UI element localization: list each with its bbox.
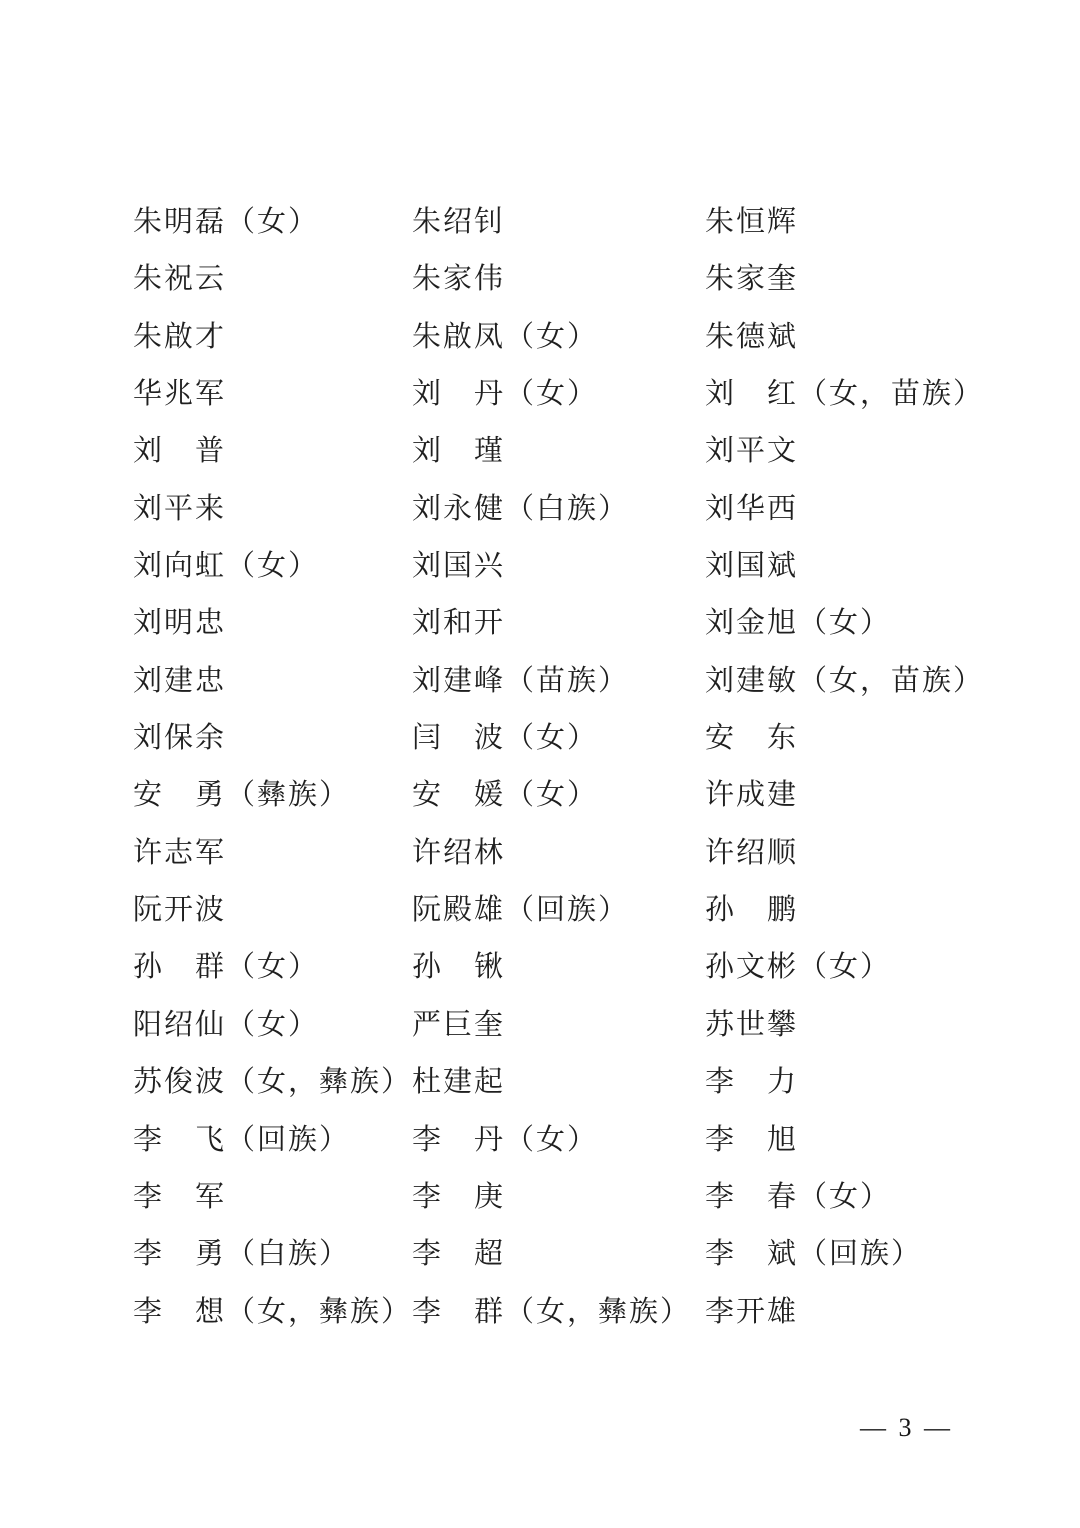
name-row: 华兆军 刘 丹（女） 刘 红（女，苗族）	[133, 366, 1053, 423]
name-entry: 朱啟才	[133, 309, 412, 366]
name-entry: 安 媛（女）	[412, 767, 705, 824]
name-entry: 李 想（女，彝族）	[133, 1284, 412, 1341]
name-entry: 许绍顺	[705, 825, 1053, 882]
name-entry: 严巨奎	[412, 997, 705, 1054]
name-entry: 李 勇（白族）	[133, 1226, 412, 1283]
name-entry: 李 庚	[412, 1169, 705, 1226]
name-entry: 李 力	[705, 1054, 1053, 1111]
name-entry: 李 军	[133, 1169, 412, 1226]
name-row: 李 勇（白族） 李 超 李 斌（回族）	[133, 1226, 1053, 1283]
name-entry: 安 勇（彝族）	[133, 767, 412, 824]
name-entry: 李 丹（女）	[412, 1112, 705, 1169]
name-entry: 刘保余	[133, 710, 412, 767]
name-entry: 朱恒辉	[705, 194, 1053, 251]
name-entry: 刘永健（白族）	[412, 481, 705, 538]
name-entry: 李开雄	[705, 1284, 1053, 1341]
name-entry: 李 旭	[705, 1112, 1053, 1169]
name-entry: 刘华西	[705, 481, 1053, 538]
name-entry: 华兆军	[133, 366, 412, 423]
name-row: 孙 群（女） 孙 锹 孙文彬（女）	[133, 939, 1053, 996]
name-row: 李 想（女，彝族） 李 群（女，彝族） 李开雄	[133, 1284, 1053, 1341]
name-entry: 刘建忠	[133, 653, 412, 710]
name-entry: 安 东	[705, 710, 1053, 767]
name-entry: 孙 群（女）	[133, 939, 412, 996]
name-row: 刘向虹（女） 刘国兴 刘国斌	[133, 538, 1053, 595]
name-row: 朱明磊（女） 朱绍钊 朱恒辉	[133, 194, 1053, 251]
name-entry: 刘建峰（苗族）	[412, 653, 705, 710]
name-row: 刘保余 闫 波（女） 安 东	[133, 710, 1053, 767]
name-row: 阳绍仙（女） 严巨奎 苏世攀	[133, 997, 1053, 1054]
name-entry: 许成建	[705, 767, 1053, 824]
name-row: 李 飞（回族） 李 丹（女） 李 旭	[133, 1112, 1053, 1169]
name-entry: 朱家奎	[705, 251, 1053, 308]
name-entry: 刘金旭（女）	[705, 595, 1053, 652]
name-row: 阮开波 阮殿雄（回族） 孙 鹏	[133, 882, 1053, 939]
name-row: 刘平来 刘永健（白族） 刘华西	[133, 481, 1053, 538]
name-row: 许志军 许绍林 许绍顺	[133, 825, 1053, 882]
name-entry: 刘平来	[133, 481, 412, 538]
name-entry: 苏俊波（女，彝族）	[133, 1054, 412, 1111]
name-entry: 孙 鹏	[705, 882, 1053, 939]
name-entry: 阳绍仙（女）	[133, 997, 412, 1054]
name-row: 刘明忠 刘和开 刘金旭（女）	[133, 595, 1053, 652]
name-entry: 朱德斌	[705, 309, 1053, 366]
name-entry: 杜建起	[412, 1054, 705, 1111]
document-page: 朱明磊（女） 朱绍钊 朱恒辉 朱祝云 朱家伟 朱家奎 朱啟才 朱啟凤（女） 朱德…	[0, 0, 1080, 1528]
name-entry: 许志军	[133, 825, 412, 882]
name-row: 安 勇（彝族） 安 媛（女） 许成建	[133, 767, 1053, 824]
name-entry: 许绍林	[412, 825, 705, 882]
name-entry: 朱祝云	[133, 251, 412, 308]
name-entry: 刘国兴	[412, 538, 705, 595]
name-entry: 刘 红（女，苗族）	[705, 366, 1053, 423]
name-entry: 刘 瑾	[412, 423, 705, 480]
name-entry: 孙文彬（女）	[705, 939, 1053, 996]
name-entry: 阮开波	[133, 882, 412, 939]
name-row: 刘建忠 刘建峰（苗族） 刘建敏（女，苗族）	[133, 653, 1053, 710]
name-row: 刘 普 刘 瑾 刘平文	[133, 423, 1053, 480]
name-entry: 阮殿雄（回族）	[412, 882, 705, 939]
name-entry: 刘向虹（女）	[133, 538, 412, 595]
name-entry: 刘平文	[705, 423, 1053, 480]
name-entry: 朱明磊（女）	[133, 194, 412, 251]
name-entry: 李 群（女，彝族）	[412, 1284, 705, 1341]
name-entry: 孙 锹	[412, 939, 705, 996]
name-entry: 刘 丹（女）	[412, 366, 705, 423]
name-row: 李 军 李 庚 李 春（女）	[133, 1169, 1053, 1226]
name-entry: 刘和开	[412, 595, 705, 652]
name-entry: 刘建敏（女，苗族）	[705, 653, 1053, 710]
name-entry: 闫 波（女）	[412, 710, 705, 767]
name-entry: 李 斌（回族）	[705, 1226, 1053, 1283]
name-entry: 朱绍钊	[412, 194, 705, 251]
name-entry: 李 春（女）	[705, 1169, 1053, 1226]
name-entry: 苏世攀	[705, 997, 1053, 1054]
name-entry: 朱家伟	[412, 251, 705, 308]
name-entry: 李 飞（回族）	[133, 1112, 412, 1169]
name-entry: 刘 普	[133, 423, 412, 480]
name-entry: 刘明忠	[133, 595, 412, 652]
name-entry: 李 超	[412, 1226, 705, 1283]
name-list: 朱明磊（女） 朱绍钊 朱恒辉 朱祝云 朱家伟 朱家奎 朱啟才 朱啟凤（女） 朱德…	[133, 194, 1053, 1341]
name-row: 苏俊波（女，彝族） 杜建起 李 力	[133, 1054, 1053, 1111]
name-row: 朱祝云 朱家伟 朱家奎	[133, 251, 1053, 308]
name-entry: 朱啟凤（女）	[412, 309, 705, 366]
name-row: 朱啟才 朱啟凤（女） 朱德斌	[133, 309, 1053, 366]
page-number: — 3 —	[860, 1413, 951, 1443]
name-entry: 刘国斌	[705, 538, 1053, 595]
